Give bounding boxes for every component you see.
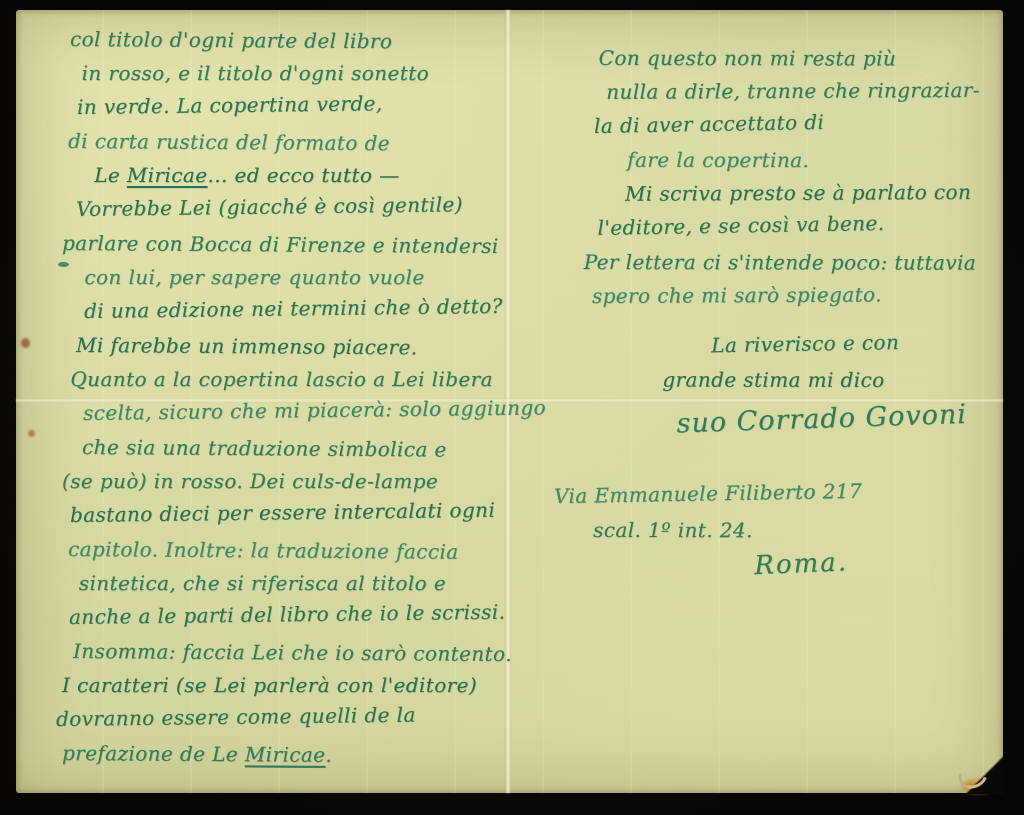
- handwritten-line: Vorrebbe Lei (giacché è così gentile): [76, 187, 522, 226]
- handwritten-line: Mi farebbe un immenso piacere.: [76, 328, 522, 365]
- handwritten-line: fare la copertina.: [628, 143, 1000, 178]
- handwritten-line: prefazione de Le Miricae.: [62, 736, 522, 773]
- handwritten-text-left: col titolo d'ogni parte del libroin ross…: [62, 22, 522, 770]
- folded-corner: [948, 748, 1004, 794]
- handwritten-line: spero che mi sarò spiegato.: [592, 277, 1000, 313]
- handwritten-line: Roma.: [754, 536, 1002, 586]
- handwritten-line: bastano dieci per essere intercalati ogn…: [70, 492, 522, 532]
- handwritten-line: scelta, sicuro che mi piacerà: solo aggi…: [83, 391, 522, 430]
- handwritten-line: anche a le parti del libro che io le scr…: [69, 594, 522, 634]
- handwritten-line: grande stima mi dico: [662, 363, 1000, 398]
- handwritten-line: dovranno essere come quelli de la: [56, 696, 522, 736]
- corner-glow: [962, 780, 994, 793]
- letter-sheet: col titolo d'ogni parte del libroin ross…: [16, 10, 1003, 793]
- handwritten-line: col titolo d'ogni parte del libro: [70, 22, 522, 59]
- handwritten-line: Insomma: faccia Lei che io sarò contento…: [73, 634, 522, 671]
- letter-page-left: col titolo d'ogni parte del libroin ross…: [62, 22, 522, 770]
- foxing-spot: [21, 338, 30, 348]
- handwritten-text-right: Con questo non mi resta piùnulla a dirle…: [549, 39, 1002, 587]
- letter-page-right: Con questo non mi resta piùnulla a dirle…: [549, 39, 1002, 587]
- handwritten-line: Con questo non mi resta più: [599, 41, 999, 76]
- handwritten-line: Per lettera ci s'intende poco: tuttavia: [583, 245, 999, 280]
- handwritten-line: di una edizione nei termini che ò detto?: [84, 289, 522, 328]
- handwritten-line: capitolo. Inoltre: la traduzione faccia: [67, 532, 522, 569]
- handwritten-line: che sia una traduzione simbolica e: [81, 430, 522, 467]
- handwritten-line: La riverisco e con: [711, 323, 1001, 362]
- handwritten-line: Via Emmanuele Filiberto 217: [553, 471, 1001, 513]
- foxing-spot: [28, 430, 35, 437]
- handwritten-line: parlare con Bocca di Firenze e intenders…: [62, 226, 522, 263]
- handwritten-line: la di aver accettato di: [594, 102, 1000, 143]
- scanner-background: col titolo d'ogni parte del libroin ross…: [0, 0, 1024, 815]
- handwritten-line: in verde. La copertina verde,: [77, 85, 522, 124]
- handwritten-line: di carta rustica del formato de: [67, 124, 522, 161]
- handwritten-line: suo Corrado Govoni: [676, 392, 1001, 447]
- handwritten-line: l'editore, e se così va bene.: [597, 204, 1000, 245]
